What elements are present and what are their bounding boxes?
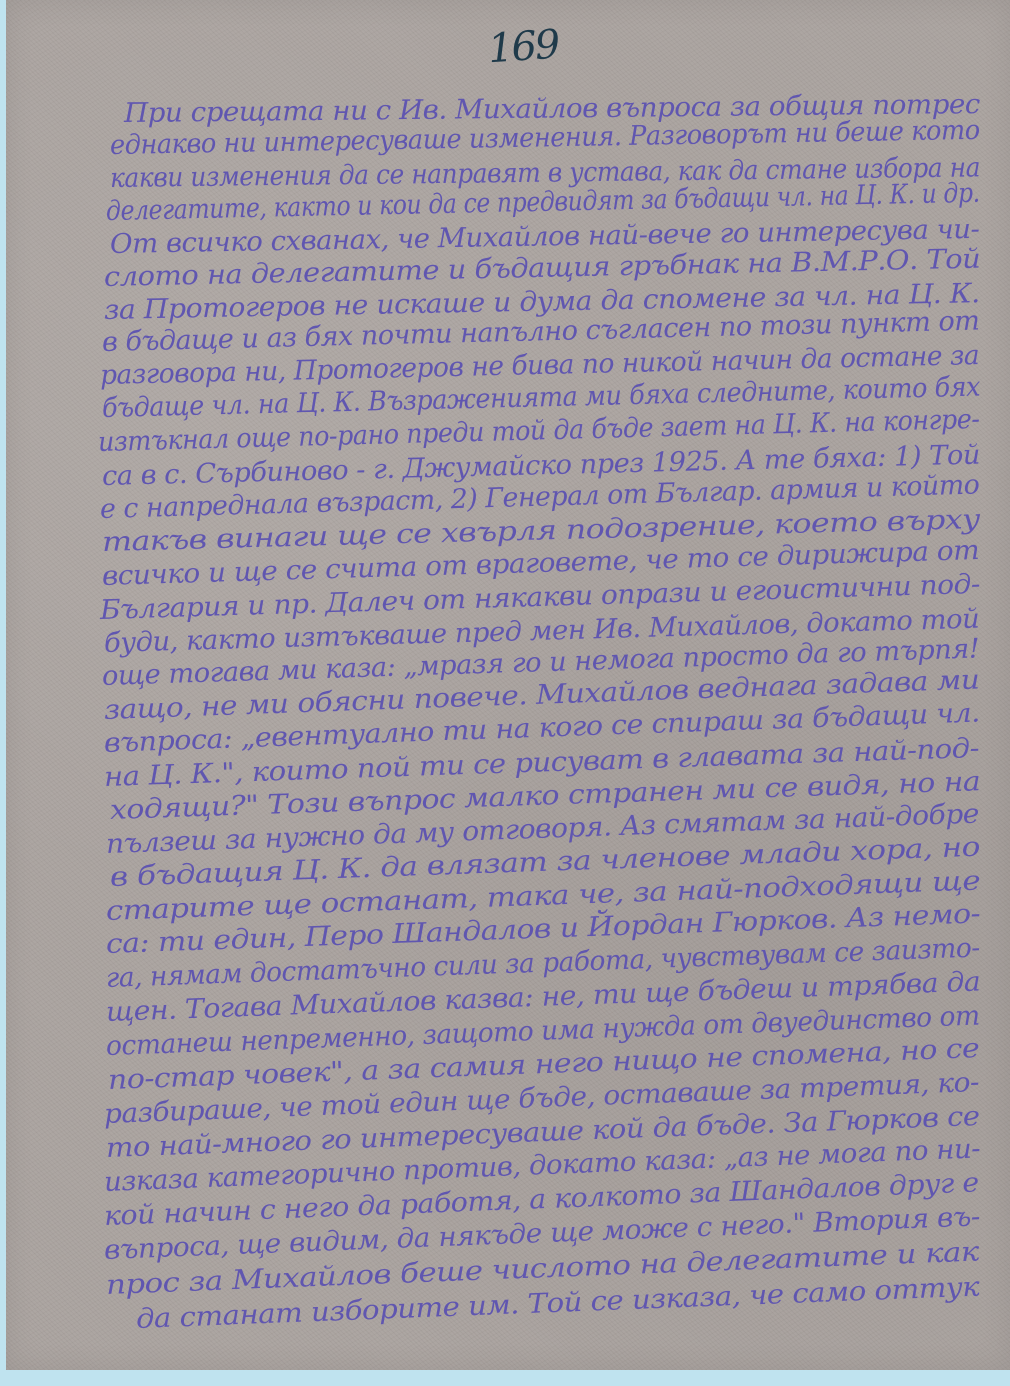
page-number: 169	[486, 22, 559, 73]
manuscript-page: 169 При срещата ни с Ив. Михайлов въпрос…	[6, 0, 1010, 1370]
